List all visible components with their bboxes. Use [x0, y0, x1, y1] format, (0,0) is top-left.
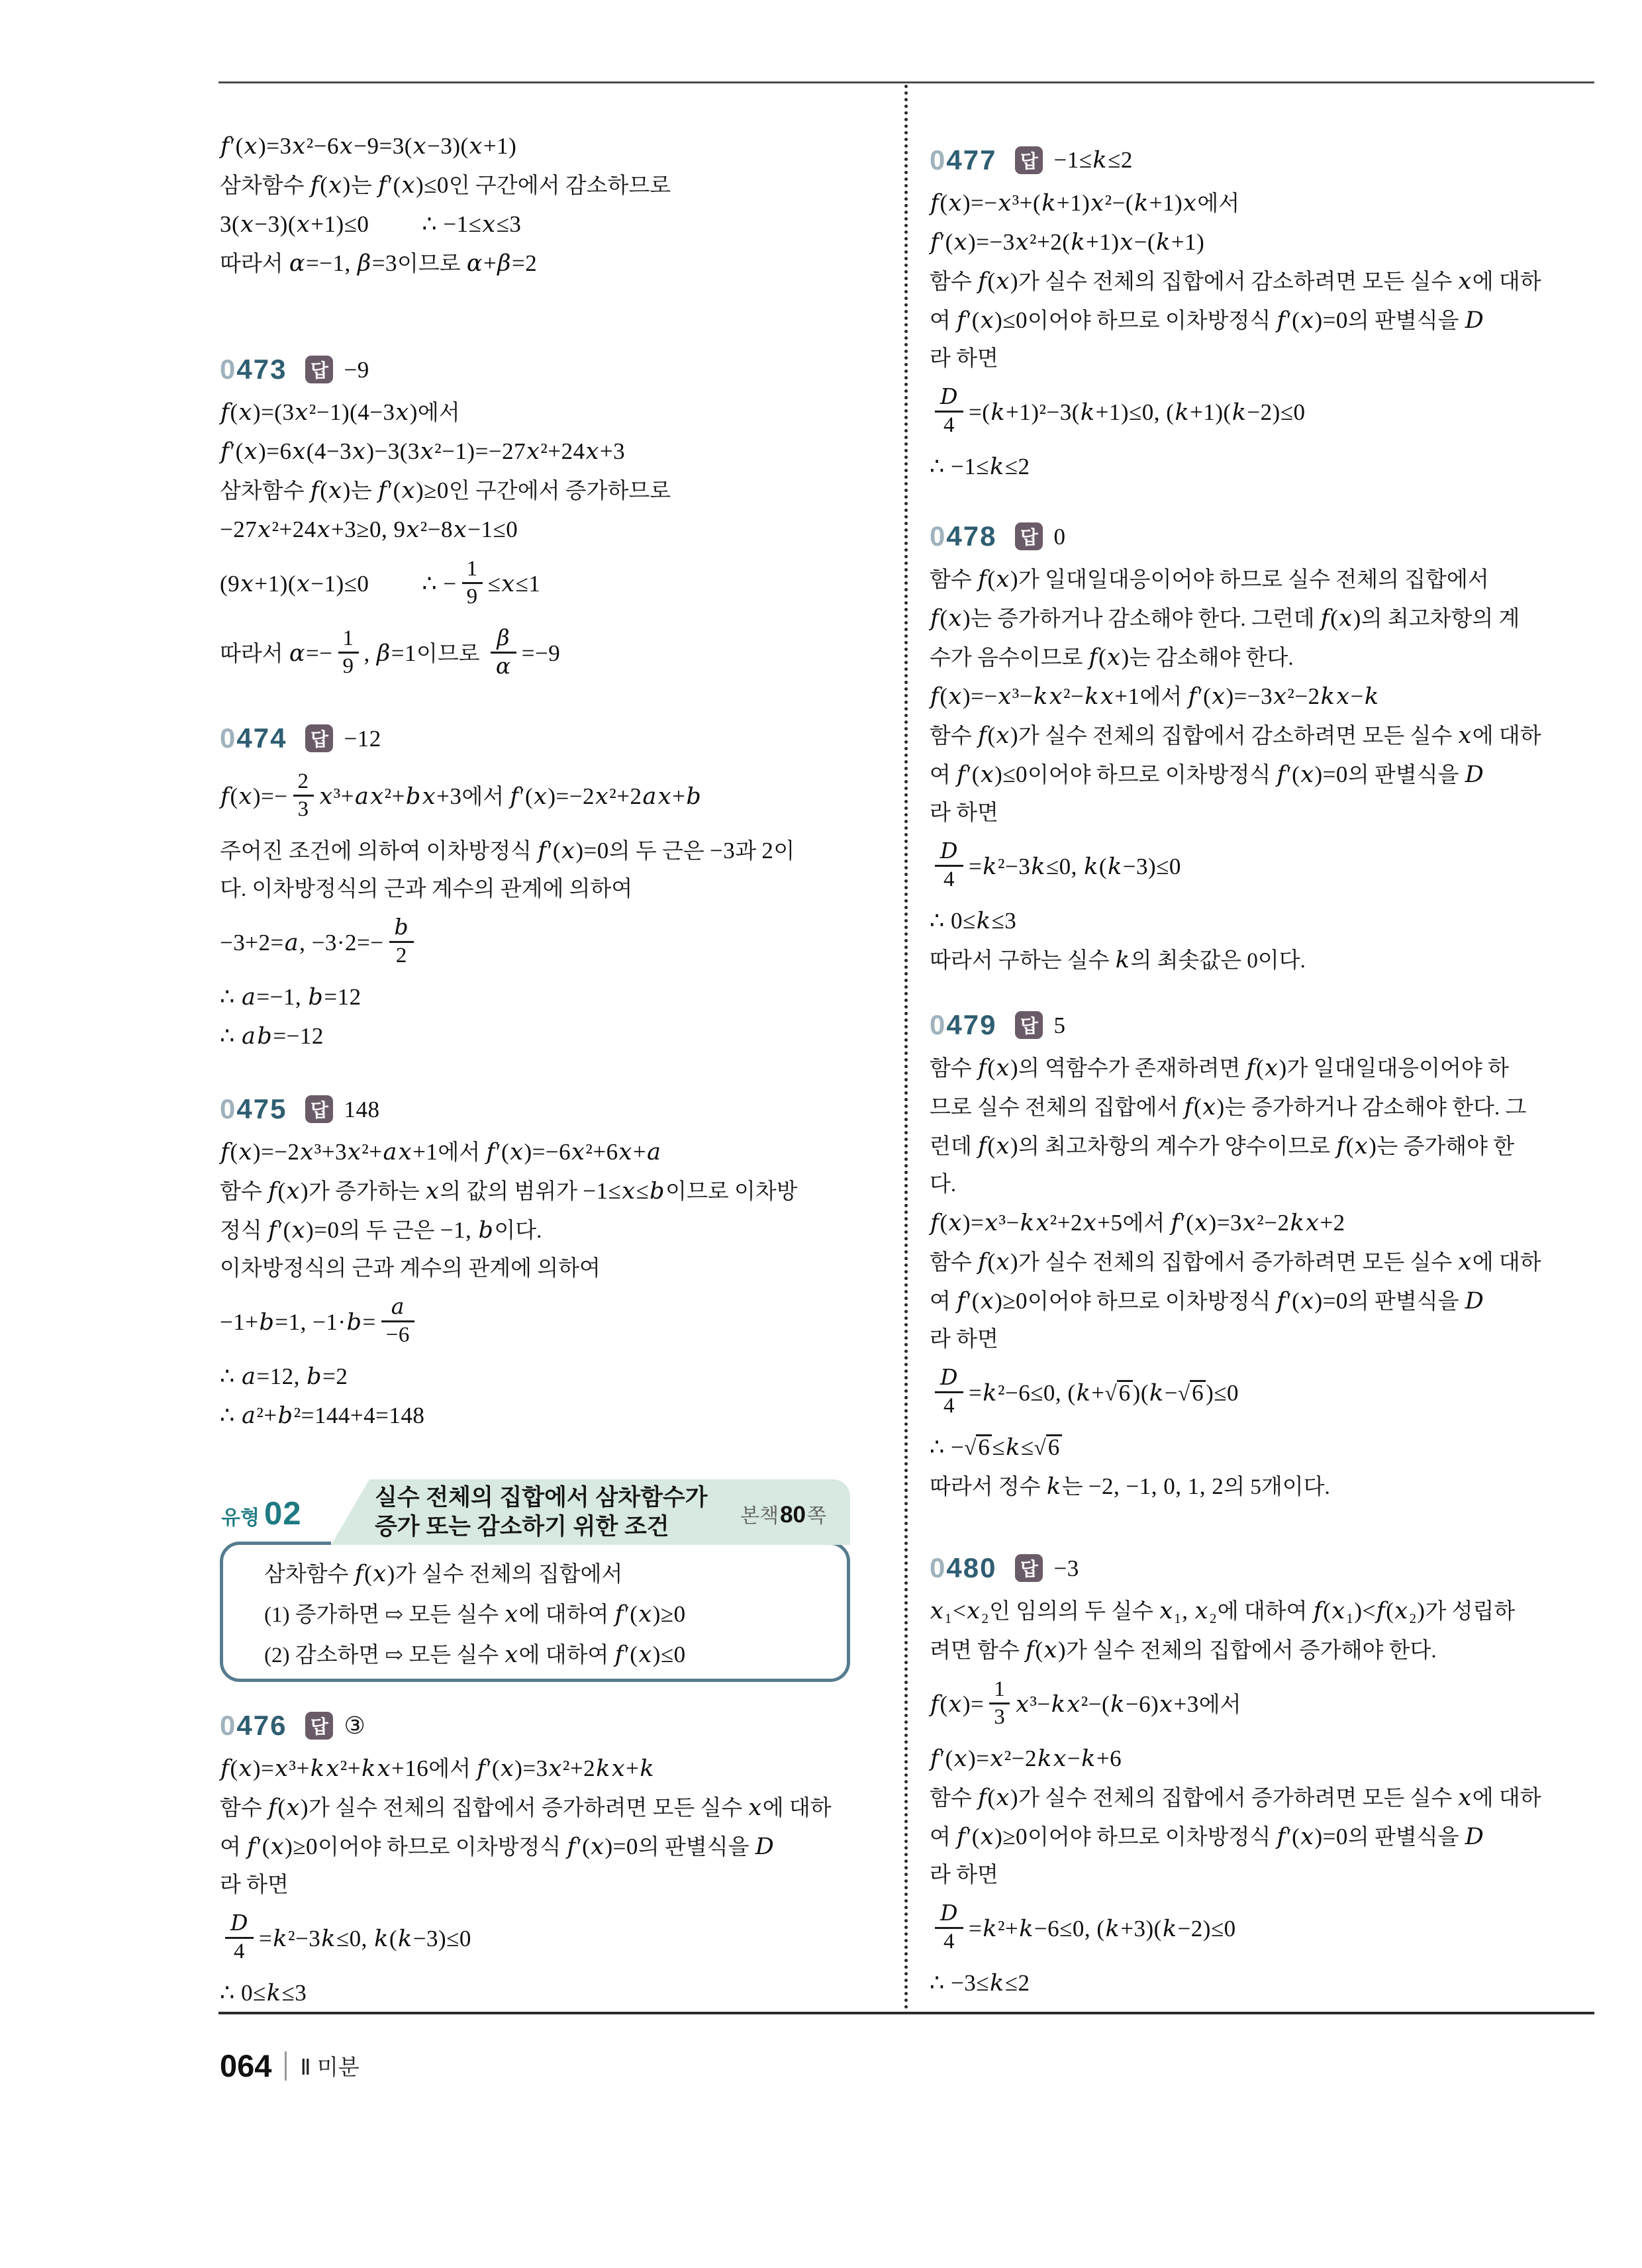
- solution-line: D4=k²−3k≤0, k(k−3)≤0: [930, 832, 1594, 902]
- math-run: α+β=2: [466, 250, 537, 276]
- text-run: 이므로: [416, 642, 485, 666]
- math-run: x: [504, 1642, 518, 1667]
- text-run: 이차방정식의 근과 계수의 관계에 의하여: [220, 1257, 601, 1281]
- text-run: 함수: [220, 1797, 267, 1820]
- text-run: 이다.: [494, 1219, 542, 1243]
- math-run: 9: [467, 585, 478, 609]
- math-run: D: [230, 1912, 249, 1936]
- math-run: 6: [978, 1434, 990, 1460]
- solution-line: f′(x)=3x²−6x−9=3(x−3)(x+1): [220, 127, 850, 166]
- fraction-denominator: 4: [935, 865, 963, 893]
- math-run: D: [755, 1834, 775, 1859]
- solution-line: 여 f′(x)≤0이어야 하므로 이차방정식 f′(x)=0의 판별식을 D: [930, 756, 1594, 795]
- solution-line: ∴ a=12, b=2: [220, 1357, 850, 1397]
- text-run: 에서: [461, 785, 509, 809]
- footer-page-number: 064: [220, 2047, 271, 2084]
- text-run: 의 역함수가 존재하려면: [1018, 1057, 1246, 1081]
- problem-number: 0473: [220, 354, 287, 385]
- problem-number-rest: 473: [236, 354, 287, 385]
- answer-badge: 답: [305, 1712, 333, 1740]
- math-run: f(x): [977, 566, 1018, 592]
- fraction-numerator: D: [935, 1900, 963, 1927]
- solution-line: 함수 f(x)가 실수 전체의 집합에서 증가하려면 모든 실수 x에 대하: [930, 1243, 1594, 1282]
- math-run: α=−: [289, 640, 333, 666]
- problem-number: 0474: [220, 722, 287, 754]
- text-run: 에서: [1197, 192, 1239, 216]
- text-run: 이므로 이차방: [665, 1180, 798, 1204]
- math-run: f(x)=x³+kx²+kx+16: [220, 1755, 428, 1781]
- fraction: βα: [491, 625, 516, 680]
- math-run: f′(x)=0: [1276, 1288, 1347, 1314]
- text-run: 므로 실수 전체의 집합에서: [930, 1096, 1184, 1120]
- page-footer: 064 Ⅱ 미분: [220, 2047, 360, 2084]
- solution-line: 따라서 α=−19, β=1이므로 βα=−9: [220, 619, 850, 689]
- text-run: 삼차함수: [264, 1563, 354, 1587]
- solution-line: 3(x−3)(x+1)≤0∴ −1≤x≤3: [220, 205, 850, 244]
- math-run: =k²+k−6≤0, (k+3)(k−2)≤0: [969, 1916, 1236, 1942]
- solution-line: D4=k²−6≤0, (k+√6)(k−√6)≤0: [930, 1359, 1594, 1428]
- math-run: x: [1457, 1249, 1472, 1275]
- solution-header: 0476답③: [220, 1706, 850, 1746]
- solution-line: f(x)=x³−kx²+2x+5에서 f′(x)=3x²−2kx+2: [930, 1204, 1594, 1243]
- math-run: f(x): [354, 1561, 395, 1587]
- text-run: 여: [930, 309, 956, 333]
- fraction-numerator: 1: [338, 626, 359, 652]
- math-run: )≤0: [1206, 1380, 1239, 1406]
- math-run: 4: [234, 1940, 245, 1963]
- solution-block-0478: 0478답0함수 f(x)가 일대일대응이어야 하므로 실수 전체의 집합에서f…: [930, 517, 1594, 980]
- math-run: f′(x)=−3x²+2(k+1)x−(k+1): [930, 229, 1204, 255]
- math-run: f′(x)≥0: [614, 1601, 686, 1627]
- text-run: 가 실수 전체의 집합에서 감소하려면 모든 실수: [1018, 724, 1457, 748]
- math-run: D: [1465, 1288, 1485, 1314]
- solution-line: 므로 실수 전체의 집합에서 f(x)는 증가하거나 감소해야 한다. 그: [930, 1088, 1594, 1127]
- text-run: 정식: [220, 1219, 267, 1243]
- column-right: 0477답−1≤k≤2f(x)=−x³+(k+1)x²−(k+1)x에서f′(x…: [930, 0, 1594, 2053]
- text-run: 런데: [930, 1135, 977, 1159]
- solution-line: −27x²+24x+3≥0, 9x²−8x−1≤0: [220, 511, 850, 550]
- solution-line: f′(x)=−3x²+2(k+1)x−(k+1): [930, 223, 1594, 262]
- solution-line: f(x)=−x³+(k+1)x²−(k+1)x에서: [930, 184, 1594, 223]
- fraction-numerator: D: [935, 384, 963, 411]
- sqrt-radicand: 6: [1117, 1380, 1133, 1406]
- answer-badge: 답: [305, 1095, 333, 1123]
- math-run: =k²−6≤0, (k+: [969, 1380, 1105, 1406]
- solution-line: D4=k²−3k≤0, k(k−3)≤0: [220, 1904, 850, 1974]
- sqrt-expression: √6: [1105, 1380, 1133, 1406]
- fraction-numerator: 2: [293, 769, 314, 795]
- math-run: x: [425, 1178, 440, 1204]
- answer-value: ③: [344, 1707, 365, 1745]
- text-run: 에 대하: [1473, 1787, 1541, 1810]
- solution-header: 0478답0: [930, 517, 1594, 556]
- answer-value: −3: [1053, 1550, 1079, 1587]
- math-run: 4: [943, 1930, 955, 1953]
- page: f′(x)=3x²−6x−9=3(x−3)(x+1)삼차함수 f(x)는 f′(…: [0, 0, 1642, 2268]
- math-run: ∴ 0≤k≤3: [930, 908, 1016, 934]
- math-run: f(x): [1088, 644, 1130, 670]
- math-run: )(k−: [1133, 1380, 1178, 1406]
- math-run: 0: [1053, 518, 1065, 556]
- math-run: f(x)=−: [220, 783, 288, 809]
- text-run: 는 증가해야 한: [1376, 1135, 1514, 1159]
- math-run: ∴ ab=−12: [220, 1023, 324, 1049]
- math-run: D: [1465, 307, 1485, 333]
- text-run: 라 하면: [930, 347, 998, 371]
- problem-number-rest: 480: [946, 1552, 996, 1583]
- worktype-tab: 실수 전체의 집합에서 삼차함수가증가 또는 감소하기 위한 조건본책80쪽: [331, 1479, 850, 1545]
- text-run: 함수: [930, 568, 977, 592]
- worktype-label: 유형02: [221, 1495, 301, 1532]
- math-run: ∴ −1≤k≤2: [930, 454, 1030, 479]
- text-run: 의 판별식을: [1348, 1290, 1465, 1314]
- solution-line: 함수 f(x)가 실수 전체의 집합에서 감소하려면 모든 실수 x에 대하: [930, 716, 1594, 756]
- math-run: f(x): [977, 1249, 1018, 1275]
- math-run: f(x): [310, 172, 351, 198]
- text-run: (1) 증가하면 ⇨ 모든 실수: [264, 1603, 504, 1627]
- fraction-denominator: 4: [935, 1391, 963, 1419]
- math-run: f′(x)=6x(4−3x)−3(3x²−1)=−27x²+24x+3: [220, 438, 625, 464]
- answer-badge: 답: [1015, 1011, 1043, 1039]
- math-run: −27x²+24x+3≥0, 9x²−8x−1≤0: [220, 517, 518, 542]
- worktype-page-ref: 본책80쪽: [740, 1499, 826, 1528]
- math-run: f′(x)≥0: [246, 1834, 318, 1859]
- solution-line: 따라서 정수 k는 −2, −1, 0, 1, 2의 5개이다.: [930, 1467, 1594, 1506]
- solution-line: ∴ ab=−12: [220, 1017, 850, 1056]
- math-run: f′(x)=0: [1276, 1824, 1347, 1849]
- math-run: f′(x)≤0: [956, 307, 1028, 333]
- solution-line: 다.: [930, 1166, 1594, 1204]
- text-run: 따라서: [220, 642, 289, 666]
- math-run: −3: [1053, 1550, 1079, 1587]
- solution-line: −1+b=1, −1·b=a−6: [220, 1288, 850, 1357]
- math-run: ∴ a=−1, b=12: [220, 984, 362, 1010]
- text-run: 라 하면: [220, 1873, 289, 1897]
- text-run: 가 실수 전체의 집합에서: [395, 1563, 623, 1587]
- fraction-numerator: D: [225, 1910, 254, 1937]
- solution-line: 따라서 구하는 실수 k의 최솟값은 0이다.: [930, 941, 1594, 980]
- solution-line: 함수 f(x)가 실수 전체의 집합에서 증가하려면 모든 실수 x에 대하: [930, 1779, 1594, 1818]
- solution-header: 0477답−1≤k≤2: [930, 140, 1594, 180]
- math-run: α=−1, β=3: [289, 250, 397, 276]
- text-run: 에 대하: [763, 1797, 832, 1820]
- solution-line: −3+2=a, −3·2=−b2: [220, 909, 850, 978]
- answer-badge: 답: [1015, 146, 1043, 174]
- text-run: 에서: [1199, 1693, 1241, 1717]
- solution-line: 라 하면: [930, 1857, 1594, 1895]
- math-run: 3(x−3)(x+1)≤0: [220, 211, 369, 237]
- fraction-denominator: 2: [389, 941, 414, 969]
- text-run: 라 하면: [930, 801, 998, 825]
- math-run: f(x): [977, 268, 1018, 294]
- solution-line: 이차방정식의 근과 계수의 관계에 의하여: [220, 1250, 850, 1288]
- math-run: D: [1465, 762, 1485, 787]
- solution-line: f(x)=−23x³+ax²+bx+3에서 f′(x)=−2x²+2ax+b: [220, 762, 850, 832]
- text-run: 인 구간에서 증가하므로: [449, 479, 671, 503]
- solution-block-continued: f′(x)=3x²−6x−9=3(x−3)(x+1)삼차함수 f(x)는 f′(…: [220, 127, 850, 283]
- fraction: D4: [935, 384, 963, 438]
- math-run: −3: [710, 838, 735, 863]
- solution-line: 주어진 조건에 의하여 이차방정식 f′(x)=0의 두 근은 −3과 2이: [220, 832, 850, 871]
- solution-line: D4=k²+k−6≤0, (k+3)(k−2)≤0: [930, 1895, 1594, 1964]
- text-run: (2) 감소하면 ⇨ 모든 실수: [264, 1644, 504, 1667]
- math-run: f(x): [267, 1178, 309, 1204]
- math-run: f′(x)=0: [566, 1834, 638, 1859]
- column-divider: [904, 85, 908, 2010]
- solution-line: f(x)=−2x³+3x²+ax+1에서 f′(x)=−6x²+6x+a: [220, 1133, 850, 1172]
- math-run: D: [940, 840, 959, 863]
- solution-line: 삼차함수 f(x)는 f′(x)≤0인 구간에서 감소하므로: [220, 166, 850, 205]
- sqrt-radicand: 6: [1046, 1434, 1062, 1460]
- solution-block-0476: 0476답③f(x)=x³+kx²+kx+16에서 f′(x)=3x²+2kx+…: [220, 1706, 850, 2013]
- text-run: 의 최솟값은 0이다.: [1131, 949, 1306, 973]
- text-run: 인 임의의 두 실수: [989, 1600, 1159, 1624]
- answer-badge: 답: [305, 356, 333, 383]
- solution-line: 여 f′(x)≥0이어야 하므로 이차방정식 f′(x)=0의 판별식을 D: [220, 1828, 850, 1867]
- math-run: 1: [343, 626, 354, 650]
- answer-value: −9: [344, 351, 369, 389]
- math-run: f′(x)=0: [1276, 762, 1347, 787]
- text-run: 이: [773, 840, 795, 863]
- text-run: 여: [220, 1836, 246, 1859]
- math-run: ∴ −1≤x≤3: [422, 211, 521, 237]
- math-run: f′(x)≥0: [377, 477, 449, 503]
- text-run: 의 최고차항의 계: [1361, 607, 1520, 631]
- text-run: 다. 이차방정식의 근과 계수의 관계에 의하여: [220, 877, 632, 901]
- math-run: x³−kx²−(k−6)x+3: [1015, 1691, 1199, 1717]
- math-run: 3: [298, 797, 309, 821]
- solution-line: 삼차함수 f(x)가 실수 전체의 집합에서: [264, 1554, 847, 1595]
- math-run: f(x): [977, 1133, 1018, 1159]
- text-run: 삼차함수: [220, 174, 310, 198]
- math-run: f(x): [977, 1785, 1018, 1810]
- fraction-denominator: α: [491, 652, 516, 680]
- ref-suffix: 쪽: [807, 1505, 826, 1527]
- worktype-label-number: 02: [264, 1495, 302, 1532]
- ref-prefix: 본책: [740, 1505, 779, 1527]
- math-run: (9x+1)(x−1)≤0: [220, 571, 369, 597]
- math-run: 5: [1053, 1007, 1065, 1044]
- text-run: 이므로: [397, 252, 466, 276]
- text-run: 에서: [438, 1141, 485, 1165]
- math-run: D: [940, 1902, 959, 1926]
- solution-block-0473: 0473답−9f(x)=(3x²−1)(4−3x)에서f′(x)=6x(4−3x…: [220, 350, 850, 689]
- solution-line: 함수 f(x)가 실수 전체의 집합에서 감소하려면 모든 실수 x에 대하: [930, 262, 1594, 301]
- text-run: 가 일대일대응이어야 하므로 실수 전체의 집합에서: [1018, 568, 1489, 592]
- text-run: 의 판별식을: [638, 1836, 755, 1859]
- fraction-denominator: 9: [462, 582, 483, 610]
- problem-number-rest: 479: [946, 1009, 996, 1040]
- math-run: b: [394, 916, 410, 940]
- text-run: 함수: [930, 1251, 977, 1275]
- footer-divider: [285, 2051, 287, 2081]
- math-run: 6: [1192, 1380, 1204, 1406]
- solution-line: ∴ a²+b²=144+4=148: [220, 1397, 850, 1436]
- fraction-numerator: b: [389, 914, 414, 941]
- problem-number-rest: 478: [946, 520, 996, 552]
- math-run: 6: [1048, 1434, 1060, 1460]
- solution-line: 수가 음수이므로 f(x)는 감소해야 한다.: [930, 638, 1594, 677]
- text-run: 함수: [930, 1057, 977, 1081]
- solution-header: 0479답5: [930, 1005, 1594, 1045]
- problem-number-rest: 474: [236, 722, 287, 754]
- solution-line: 함수 f(x)의 역함수가 존재하려면 f(x)가 일대일대응이어야 하: [930, 1049, 1594, 1088]
- math-run: ∴ −3≤k≤2: [930, 1970, 1030, 1996]
- text-run: 가 실수 전체의 집합에서 증가하려면 모든 실수: [1018, 1787, 1457, 1810]
- answer-value: 5: [1053, 1007, 1065, 1044]
- math-run: f(x): [1246, 1055, 1287, 1081]
- fraction-denominator: −6: [381, 1320, 414, 1348]
- fraction: a−6: [381, 1294, 414, 1348]
- text-run: 에 대하여: [519, 1644, 614, 1667]
- fraction: 13: [989, 1677, 1010, 1730]
- solution-line: 여 f′(x)≤0이어야 하므로 이차방정식 f′(x)=0의 판별식을 D: [930, 301, 1594, 340]
- solution-line: ∴ −1≤k≤2: [930, 448, 1594, 487]
- math-run: f(x)=: [930, 1691, 984, 1717]
- fraction: D4: [225, 1910, 254, 1965]
- solution-header: 0474답−12: [220, 718, 850, 758]
- problem-number: 0475: [220, 1093, 287, 1125]
- math-run: f(x): [1184, 1094, 1225, 1120]
- math-run: f′(x)=3x²+2kx+k: [476, 1755, 655, 1781]
- text-run: 함수: [930, 270, 977, 294]
- solution-line: ∴ 0≤k≤3: [930, 902, 1594, 941]
- answer-badge: 답: [305, 724, 333, 752]
- solution-block-0477: 0477답−1≤k≤2f(x)=−x³+(k+1)x²−(k+1)x에서f′(x…: [930, 140, 1594, 487]
- math-run: f′(x)=0: [1276, 307, 1347, 333]
- text-run: 의 판별식을: [1348, 1826, 1465, 1849]
- ref-number: 80: [780, 1502, 806, 1528]
- math-run: ≤k≤: [992, 1434, 1034, 1460]
- math-run: β: [497, 626, 511, 650]
- text-run: 이어야 하므로 이차방정식: [318, 1836, 566, 1859]
- fraction-numerator: 1: [989, 1677, 1010, 1702]
- text-run: 주어진 조건에 의하여 이차방정식: [220, 840, 537, 863]
- text-run: 는: [351, 174, 377, 198]
- math-run: =(k+1)²−3(k+1)≤0, (k+1)(k−2)≤0: [969, 399, 1306, 425]
- math-run: −1≤x≤b: [583, 1178, 665, 1204]
- math-run: ∴ 0≤k≤3: [220, 1980, 307, 2006]
- math-run: f(x)=(3x²−1)(4−3x): [220, 399, 418, 425]
- math-run: ∴ a=12, b=2: [220, 1363, 348, 1389]
- math-run: f′(x)=−2x²+2ax+b: [509, 783, 702, 809]
- math-run: f(x): [977, 722, 1018, 748]
- math-run: x: [1457, 1785, 1472, 1810]
- text-run: 따라서 정수: [930, 1475, 1046, 1499]
- math-run: f(x)=−2x³+3x²+ax+1: [220, 1139, 438, 1165]
- solution-line: 따라서 α=−1, β=3이므로 α+β=2: [220, 244, 850, 283]
- solution-line: 삼차함수 f(x)는 f′(x)≥0인 구간에서 증가하므로: [220, 471, 850, 511]
- text-run: 이어야 하므로 이차방정식: [1028, 1290, 1276, 1314]
- math-run: f(x₁)<f(x₂): [1313, 1598, 1425, 1624]
- text-run: 려면 함수: [930, 1639, 1025, 1663]
- problem-number-rest: 476: [236, 1710, 287, 1741]
- solution-line: 정식 f′(x)=0의 두 근은 −1, b이다.: [220, 1211, 850, 1250]
- text-run: 의 판별식을: [1348, 764, 1465, 787]
- math-run: x: [1457, 722, 1472, 748]
- text-run: 이어야 하므로 이차방정식: [1028, 764, 1276, 787]
- math-run: x: [1457, 268, 1472, 294]
- fraction-numerator: D: [935, 838, 963, 865]
- text-run: 인 구간에서 감소하므로: [449, 174, 671, 198]
- text-run: 함수: [220, 1180, 267, 1204]
- text-run: 함수: [930, 1787, 977, 1810]
- solution-line: 라 하면: [930, 795, 1594, 832]
- answer-badge: 답: [1015, 1554, 1043, 1582]
- fraction-denominator: 4: [935, 411, 963, 438]
- math-run: −1, b: [440, 1217, 495, 1243]
- math-run: x: [748, 1795, 762, 1820]
- math-run: f(x): [310, 477, 351, 503]
- worktype-rule-box: 삼차함수 f(x)가 실수 전체의 집합에서(1) 증가하면 ⇨ 모든 실수 x…: [220, 1542, 850, 1682]
- worktype-title-line: 실수 전체의 집합에서 삼차함수가: [375, 1483, 708, 1512]
- problem-number-prefix: 0: [930, 1009, 946, 1040]
- math-run: α: [495, 655, 512, 679]
- solution-header: 0475답148: [220, 1089, 850, 1129]
- text-run: 따라서: [220, 252, 289, 276]
- problem-number-prefix: 0: [220, 722, 236, 754]
- solution-line: f(x)=(3x²−1)(4−3x)에서: [220, 393, 850, 432]
- text-run: 는 증가하거나 감소해야 한다. 그: [1225, 1096, 1527, 1120]
- math-run: f′(x)=−3x²−2kx−k: [1187, 683, 1379, 709]
- text-run: 의 값의 범위가: [440, 1180, 583, 1204]
- text-run: 이어야 하므로 이차방정식: [1028, 1826, 1276, 1849]
- text-run: 수가 음수이므로: [930, 646, 1088, 670]
- solution-line: (9x+1)(x−1)≤0∴ −19≤x≤1: [220, 550, 850, 619]
- problem-number-prefix: 0: [930, 520, 946, 552]
- solution-line: ∴ 0≤k≤3: [220, 1974, 850, 2013]
- math-run: f′(x)≥0: [956, 1824, 1028, 1849]
- answer-value: −12: [344, 720, 381, 758]
- math-run: f(x): [1320, 605, 1361, 631]
- math-run: 148: [344, 1091, 379, 1128]
- fraction-numerator: D: [935, 1365, 963, 1391]
- text-run: 삼차함수: [220, 479, 310, 503]
- text-run: 여: [930, 1290, 956, 1314]
- solution-line: ∴ a=−1, b=12: [220, 978, 850, 1017]
- problem-number: 0478: [930, 520, 996, 552]
- fraction: D4: [935, 838, 963, 893]
- math-run: f′(x)≤0: [614, 1642, 686, 1667]
- math-run: =k²−3k≤0, k(k−3)≤0: [969, 854, 1181, 879]
- math-run: −1+b=1, −1·b=: [220, 1309, 376, 1335]
- fraction-numerator: 1: [462, 556, 483, 582]
- fraction-denominator: 4: [935, 1927, 963, 1955]
- text-run: 가 성립하: [1425, 1600, 1515, 1624]
- column-left: f′(x)=3x²−6x−9=3(x−3)(x+1)삼차함수 f(x)는 f′(…: [220, 0, 850, 2053]
- problem-number-prefix: 0: [930, 1552, 946, 1583]
- problem-number: 0477: [930, 144, 996, 176]
- math-run: 2: [298, 769, 309, 793]
- fraction: 23: [293, 769, 314, 822]
- math-run: f(x): [267, 1795, 309, 1820]
- math-run: 3: [994, 1705, 1005, 1729]
- math-run: x₁, x₂: [1159, 1598, 1217, 1624]
- solution-line: 라 하면: [930, 340, 1594, 378]
- math-run: k: [1046, 1473, 1062, 1499]
- math-run: −2, −1, 0, 1, 2: [1088, 1473, 1224, 1499]
- math-run: k: [1115, 947, 1131, 973]
- fraction: D4: [935, 1365, 963, 1419]
- solution-block-0475: 0475답148f(x)=−2x³+3x²+ax+1에서 f′(x)=−6x²+…: [220, 1089, 850, 1436]
- math-run: ∴ a²+b²=144+4=148: [220, 1403, 424, 1428]
- fraction: 19: [338, 626, 359, 679]
- text-run: 다.: [930, 1173, 956, 1197]
- math-run: 4: [943, 867, 955, 891]
- text-run: 따라서 구하는 실수: [930, 949, 1115, 973]
- text-run: 의 판별식을: [1348, 309, 1465, 333]
- text-run: 가 증가하는: [309, 1180, 425, 1204]
